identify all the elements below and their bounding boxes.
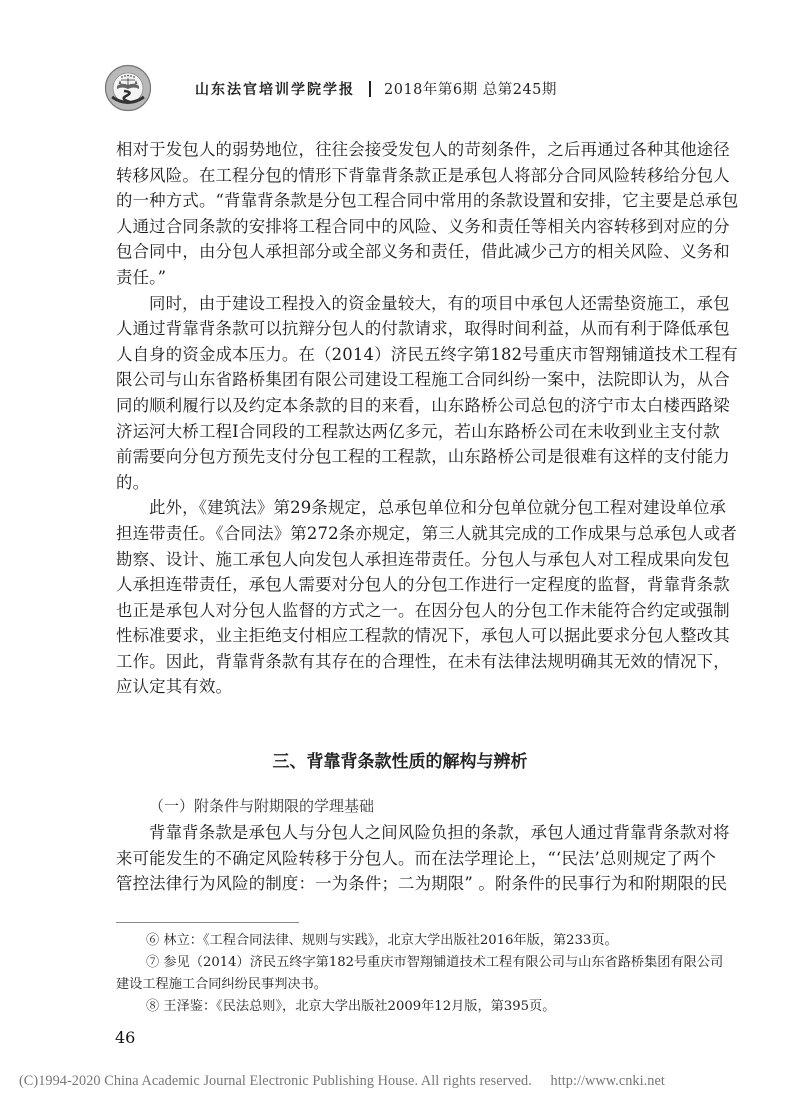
- footnote-6: ⑥ 林立：《工程合同法律、规则与实践》，北京大学出版社2016年版，第233页。: [116, 930, 716, 952]
- journal-name: 山东法官培训学院学报: [195, 79, 355, 99]
- text-line: 此外，《建筑法》第29条规定，总承包单位和分包单位就分包工程对建设单位承: [116, 495, 688, 521]
- text-line: 的一种方式。“背靠背条款是分包工程合同中常用的条款设置和安排，它主要是总承包: [116, 188, 688, 214]
- text-line: 担连带责任。《合同法》第272条亦规定，第三人就其完成的工作成果与总承包人或者: [116, 521, 688, 547]
- text-line: 背靠背条款是承包人与分包人之间风险负担的条款，承包人通过背靠背条款对将: [116, 820, 688, 846]
- footnote-divider: [116, 922, 299, 923]
- copyright-text: (C)1994-2020 China Academic Journal Elec…: [19, 1073, 532, 1089]
- header-divider: [369, 81, 371, 97]
- text-line: 应认定其有效。: [116, 674, 688, 700]
- text-line: 的。: [116, 470, 688, 496]
- text-line: 管控法律行为风险的制度：一为条件；二为期限” 。附条件的民事行为和附期限的民: [116, 871, 688, 897]
- college-emblem-icon: [104, 64, 152, 112]
- footnote-7: ⑦ 参见（2014）济民五终字第182号重庆市智翔铺道技术工程有限公司与山东省路…: [116, 952, 716, 974]
- text-line: 工作。因此，背靠背条款有其存在的合理性，在未有法律法规明确其无效的情况下，: [116, 649, 688, 675]
- text-line: 人通过合同条款的安排将工程合同中的风险、义务和责任等相关内容转移到对应的分: [116, 214, 688, 240]
- text-line: 转移风险。在工程分包的情形下背靠背条款正是承包人将部分合同风险转移给分包人: [116, 163, 688, 189]
- page-number: 46: [115, 1028, 135, 1047]
- text-line: 人承担连带责任，承包人需要对分包人的分包工作进行一定程度的监督，背靠背条款: [116, 572, 688, 598]
- text-line: 勘察、设计、施工承包人向发包人承担连带责任。分包人与承包人对工程成果向发包: [116, 547, 688, 573]
- text-line: 性标准要求，业主拒绝支付相应工程款的情况下，承包人可以据此要求分包人整改其: [116, 623, 688, 649]
- text-line: 相对于发包人的弱势地位，往往会接受发包人的苛刻条件，之后再通过各种其他途径: [116, 137, 688, 163]
- text-line: 限公司与山东省路桥集团有限公司建设工程施工合同纠纷一案中，法院即认为，从合: [116, 367, 688, 393]
- section-heading: 三、背靠背条款性质的解构与辨析: [0, 747, 800, 772]
- footnote-7-continued: 建设工程施工合同纠纷民事判决书。: [116, 974, 716, 996]
- paragraph-4: 背靠背条款是承包人与分包人之间风险负担的条款，承包人通过背靠背条款对将 来可能发…: [116, 820, 688, 897]
- text-line: 人通过背靠背条款可以抗辩分包人的付款请求，取得时间利益，从而有利于降低承包: [116, 316, 688, 342]
- cnki-link[interactable]: http://www.cnki.net: [551, 1073, 665, 1089]
- journal-title-line: 山东法官培训学院学报 2018年第6期 总第245期: [195, 78, 557, 99]
- text-line: 也正是承包人对分包人监督的方式之一。在因分包人的分包工作未能符合约定或强制: [116, 598, 688, 624]
- section-body: 背靠背条款是承包人与分包人之间风险负担的条款，承包人通过背靠背条款对将 来可能发…: [116, 820, 688, 897]
- footnote-8: ⑧ 王泽鉴：《民法总则》，北京大学出版社2009年12月版，第395页。: [116, 996, 716, 1018]
- text-line: 济运河大桥工程Ⅰ合同段的工程款达两亿多元，若山东路桥公司在未收到业主支付款: [116, 419, 688, 445]
- copyright-footer: (C)1994-2020 China Academic Journal Elec…: [19, 1073, 665, 1090]
- subsection-heading: （一）附条件与附期限的学理基础: [149, 795, 374, 816]
- paragraph-1: 相对于发包人的弱势地位，往往会接受发包人的苛刻条件，之后再通过各种其他途径 转移…: [116, 137, 688, 291]
- text-line: 包合同中，由分包人承担部分或全部义务和责任，借此减少己方的相关风险、义务和: [116, 239, 688, 265]
- text-line: 同时，由于建设工程投入的资金量较大，有的项目中承包人还需垫资施工，承包: [116, 291, 688, 317]
- footnotes: ⑥ 林立：《工程合同法律、规则与实践》，北京大学出版社2016年版，第233页。…: [116, 930, 716, 1018]
- paragraph-2: 同时，由于建设工程投入的资金量较大，有的项目中承包人还需垫资施工，承包 人通过背…: [116, 291, 688, 496]
- issue-info: 2018年第6期 总第245期: [384, 78, 557, 99]
- text-line: 前需要向分包方预先支付分包工程的工程款，山东路桥公司是很难有这样的支付能力: [116, 444, 688, 470]
- text-line: 人自身的资金成本压力。在（2014）济民五终字第182号重庆市智翔铺道技术工程有: [116, 342, 688, 368]
- paragraph-3: 此外，《建筑法》第29条规定，总承包单位和分包单位就分包工程对建设单位承 担连带…: [116, 495, 688, 700]
- text-line: 来可能发生的不确定风险转移于分包人。而在法学理论上，“‘民法’总则规定了两个: [116, 846, 688, 872]
- article-body: 相对于发包人的弱势地位，往往会接受发包人的苛刻条件，之后再通过各种其他途径 转移…: [116, 137, 688, 700]
- text-line: 同的顺利履行以及约定本条款的目的来看，山东路桥公司总包的济宁市太白楼西路梁: [116, 393, 688, 419]
- text-line: 责任。”: [116, 265, 688, 291]
- page-header: 山东法官培训学院学报 2018年第6期 总第245期: [100, 64, 700, 114]
